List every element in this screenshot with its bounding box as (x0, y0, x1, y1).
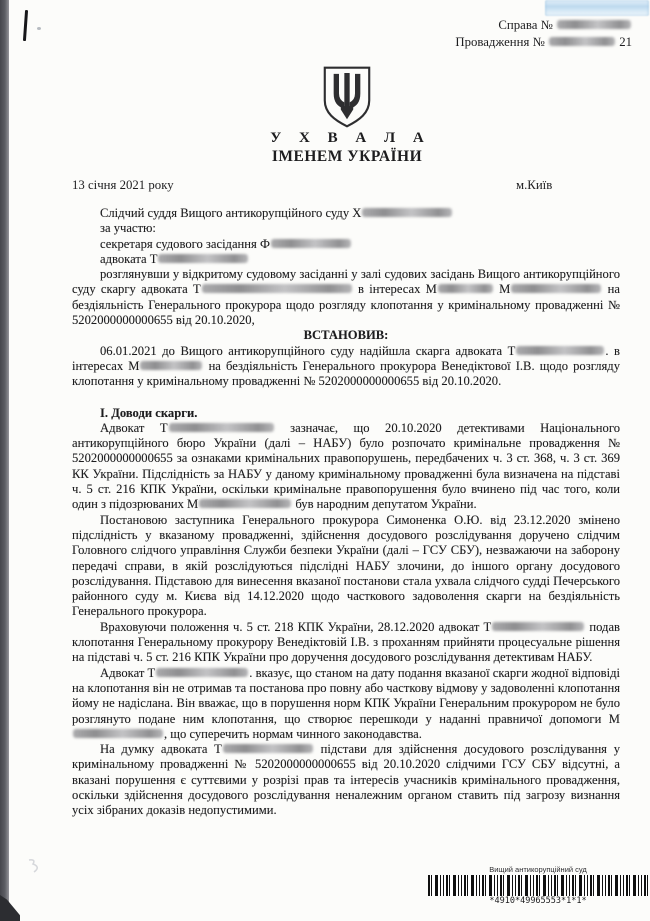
ukraine-trident-icon (320, 65, 374, 129)
pen-mark (23, 10, 28, 41)
redacted-text (492, 622, 584, 631)
redacted-text (362, 208, 452, 217)
ruling-body-text: Слідчий суддя Вищого антикорупційного су… (72, 206, 620, 819)
redacted-text (516, 346, 604, 355)
scanned-court-ruling-page: Справа № Провадження № 21 У Х В А Л А ІМ… (0, 0, 650, 921)
intro-line: секретаря судового засідання Ф (72, 237, 620, 252)
paragraph: Адвокат Т. вказує, що станом на дату под… (72, 666, 620, 742)
paragraph: Адвокат Т зазначає, що 20.10.2020 детект… (72, 421, 620, 513)
paragraph: Враховуючи положення ч. 5 ст. 218 КПК Ук… (72, 620, 620, 666)
redacted-text (438, 284, 493, 293)
case-reference-block: Справа № Провадження № 21 (455, 17, 632, 50)
redacted-text (156, 668, 248, 677)
stamp-code: *4910*49965553*1*1* (428, 896, 648, 906)
ruling-city: м.Київ (516, 178, 552, 193)
redacted-proceeding-number (549, 37, 615, 46)
redacted-text (158, 254, 248, 263)
redacted-text (169, 423, 274, 432)
case-label: Справа № (498, 18, 552, 32)
intro-line: адвоката Т (72, 252, 620, 267)
highlighted-redaction (545, 0, 649, 16)
redacted-text (140, 361, 202, 370)
ruling-date: 13 січня 2021 року (72, 178, 174, 192)
date-line: 13 січня 2021 року м.Київ (72, 178, 620, 193)
scan-edge-shadow (0, 0, 9, 921)
redacted-text (223, 744, 313, 753)
redacted-text (199, 499, 291, 508)
document-title-block: У Х В А Л А ІМЕНЕМ УКРАЇНИ (263, 130, 430, 166)
case-number-line: Справа № (455, 17, 632, 34)
redacted-text (511, 284, 601, 293)
redacted-text (73, 729, 163, 738)
intro-line: Слідчий суддя Вищого антикорупційного су… (72, 206, 620, 221)
proceeding-number-line: Провадження № 21 (455, 34, 632, 51)
section-heading: І. Доводи скарги. (72, 406, 620, 421)
redacted-text (202, 284, 352, 293)
pen-dot (37, 27, 41, 30)
document-subtitle: ІМЕНЕМ УКРАЇНИ (263, 148, 430, 166)
document-title: У Х В А Л А (263, 130, 430, 147)
paragraph: 06.01.2021 до Вищого антикорупційного су… (72, 344, 620, 390)
paragraph: Постановою заступника Генерального проку… (72, 513, 620, 620)
registration-stamp: Вищий антикорупційний суд *4910*49965553… (428, 866, 648, 906)
barcode-icon (428, 875, 648, 896)
faint-pen-scribble (26, 858, 40, 876)
paragraph: На думку адвоката Т підстави для здійсне… (72, 742, 620, 818)
stamp-court-name: Вищий антикорупційний суд (428, 866, 648, 874)
paragraph: розглянувши у відкритому судовому засіда… (72, 267, 620, 328)
resolution-heading: ВСТАНОВИВ: (72, 328, 620, 343)
proceeding-label: Провадження № (455, 35, 544, 49)
redacted-text (271, 239, 351, 248)
intro-line: за участю: (72, 221, 620, 236)
scan-corner-shadow (0, 895, 20, 921)
proceeding-tail: 21 (619, 35, 632, 49)
redacted-case-number (557, 20, 631, 29)
